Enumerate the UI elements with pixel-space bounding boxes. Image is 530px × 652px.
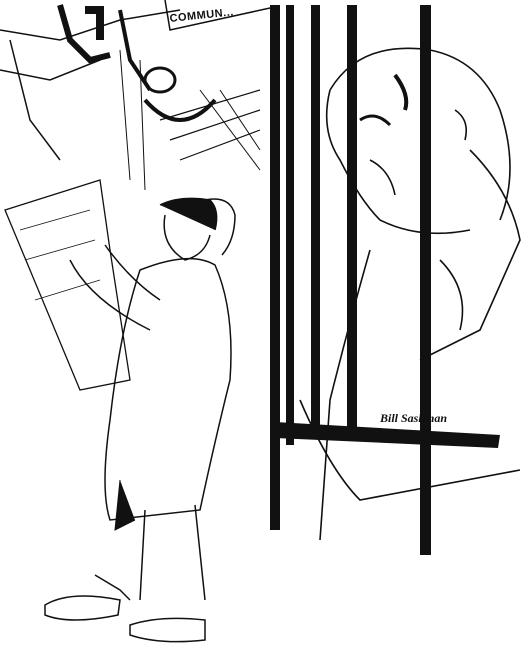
sign-text: COMMUN...: [169, 6, 234, 25]
newspaper: [5, 180, 130, 390]
large-face: [300, 48, 520, 540]
artist-signature: Bill Sashman: [379, 411, 447, 425]
prison-bars: [270, 5, 500, 555]
background-machinery: [0, 5, 260, 190]
man-in-trench-coat: [45, 198, 235, 641]
illustration: COMMUN...: [0, 0, 530, 652]
sign: COMMUN...: [165, 0, 270, 30]
